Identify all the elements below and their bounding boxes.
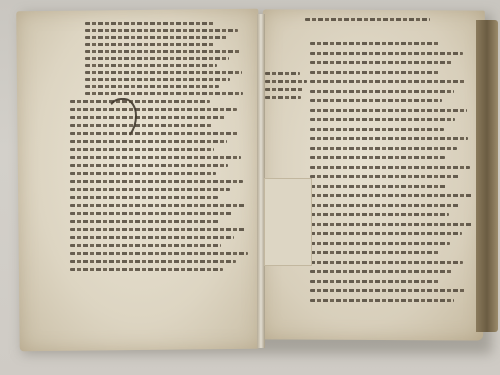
handwritten-line [70,188,230,191]
handwritten-line [310,52,463,55]
handwritten-line [70,116,225,119]
handwritten-line [310,99,442,102]
manuscript-photo: Photograph of an open historical manuscr… [0,0,500,375]
handwritten-line [70,180,243,183]
handwritten-line [310,261,463,264]
handwritten-line [310,175,459,178]
handwritten-line [70,212,232,215]
handwritten-line [70,252,248,255]
handwritten-line [70,220,219,223]
right-page-heading [305,18,465,25]
handwritten-line [70,132,239,135]
handwritten-line [85,57,229,60]
handwritten-line [70,228,246,231]
handwritten-line [85,92,243,95]
handwritten-line [310,280,440,283]
handwritten-line [310,42,439,45]
handwritten-line [310,289,465,292]
handwritten-line [310,147,457,150]
handwritten-line [70,148,214,151]
handwritten-line [310,270,452,273]
handwritten-line [310,109,467,112]
handwritten-line [85,78,230,81]
handwritten-line [85,29,238,32]
handwritten-line [70,172,216,175]
handwritten-line [85,43,215,46]
handwritten-line [70,108,237,111]
handwritten-line [310,213,449,216]
handwritten-line [310,185,447,188]
handwritten-line [265,80,307,83]
left-page-main-paragraph [70,100,250,276]
handwritten-line [85,71,242,74]
handwritten-line [310,128,444,131]
handwritten-line [310,90,454,93]
handwritten-line [70,196,218,199]
handwritten-line [70,268,223,271]
handwritten-line [70,244,221,247]
handwritten-line [70,140,227,143]
handwritten-line [310,80,465,83]
handwritten-line [85,50,240,53]
handwritten-line [85,64,217,67]
handwritten-line [310,299,454,302]
handwritten-line [70,260,236,263]
handwritten-line [85,22,214,25]
handwritten-line [310,137,468,140]
handwritten-line [70,156,241,159]
handwritten-line [305,18,430,21]
handwritten-line [70,164,228,167]
handwritten-line [70,204,245,207]
handwritten-line [70,100,210,103]
handwritten-line [310,118,455,121]
book-binding-edge [476,20,498,332]
handwritten-line [310,251,439,254]
handwritten-line [310,223,473,226]
handwritten-line [310,204,460,207]
handwritten-line [265,72,300,75]
handwritten-line [310,61,452,64]
handwritten-line [85,36,227,39]
handwritten-line [265,88,304,91]
handwritten-line [310,71,440,74]
handwritten-line [310,232,462,235]
handwritten-line [265,96,301,99]
left-page-top-paragraph [85,22,250,99]
handwritten-line [310,156,445,159]
handwritten-line [70,124,212,127]
right-page-margin-note [265,72,310,104]
inserted-paper-slip [264,178,312,266]
handwritten-line [310,194,472,197]
handwritten-line [310,242,450,245]
handwritten-line [85,85,219,88]
handwritten-line [310,166,470,169]
handwritten-line [70,236,234,239]
right-page-main-text [310,42,475,308]
